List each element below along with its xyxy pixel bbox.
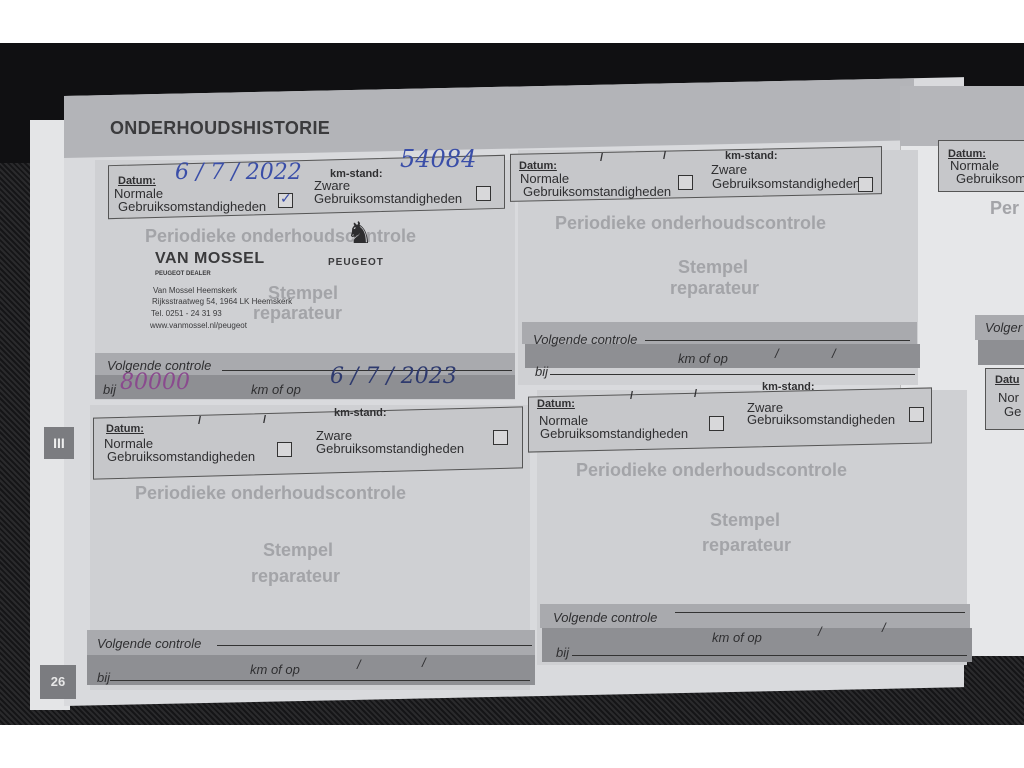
entry-4-slash-2: / xyxy=(694,388,697,400)
entry-2-ghost-stamp-2: reparateur xyxy=(670,278,759,299)
entry-3-slash-2: / xyxy=(263,414,266,426)
next-datum2: Datu xyxy=(995,374,1019,386)
entry-4-slash-1: / xyxy=(630,390,633,402)
next-normale2: Nor xyxy=(998,390,1019,405)
entry-3-datum-label: Datum: xyxy=(106,423,144,435)
entry-1-km-value[interactable]: 54084 xyxy=(400,145,476,173)
entry-1-km-of-op-label: km of op xyxy=(251,382,301,397)
entry-4-op-slash-2: / xyxy=(882,620,886,635)
entry-2-op-slash-2: / xyxy=(832,346,836,361)
dealer-line3: Tel. 0251 - 24 31 93 xyxy=(151,309,222,318)
entry-4-gebruik-label: Gebruiksomstandigheden xyxy=(540,426,688,441)
dealer-sub: PEUGEOT DEALER xyxy=(155,271,211,277)
entry-2-bij-label: bij xyxy=(535,364,548,379)
entry-3-gebruik-label: Gebruiksomstandigheden xyxy=(107,449,255,464)
entry-2-zware-checkbox[interactable] xyxy=(858,177,873,192)
entry-4-bij-line xyxy=(572,655,967,656)
entry-3-ghost-stamp-1: Stempel xyxy=(263,540,333,561)
entry-4-normale-checkbox[interactable] xyxy=(709,416,724,431)
entry-4-volgende-line xyxy=(675,612,965,613)
entry-1-op-value[interactable]: 6 / 7 / 2023 xyxy=(330,364,457,389)
entry-4-zware-checkbox[interactable] xyxy=(909,407,924,422)
entry-2-normale-checkbox[interactable] xyxy=(678,175,693,190)
next-volgende: Volger xyxy=(985,320,1022,335)
entry-1-bij-label: bij xyxy=(103,382,116,397)
entry-1-datum-value[interactable]: 6 / 7 / 2022 xyxy=(175,160,302,185)
next-gebruik-label: Gebruiksom xyxy=(956,171,1024,186)
entry-4-volgende-label: Volgende controle xyxy=(553,610,657,625)
entry-2-slash-1: / xyxy=(600,152,603,164)
entry-4-km-label: km-stand: xyxy=(762,381,815,393)
dealer-brand: PEUGEOT xyxy=(328,257,384,268)
next-ge: Ge xyxy=(1004,404,1021,419)
entry-3-volgende-label: Volgende controle xyxy=(97,636,201,651)
entry-1-normale-checkbox[interactable]: ✓ xyxy=(278,193,293,208)
next-page-band xyxy=(900,86,1024,146)
entry-3-ghost-title: Periodieke onderhoudscontrole xyxy=(135,483,406,504)
entry-4-op-slash-1: / xyxy=(818,624,822,639)
entry-2-ghost-title: Periodieke onderhoudscontrole xyxy=(555,213,826,234)
entry-3-slash-1: / xyxy=(198,415,201,427)
entry-1-bij-value[interactable]: 80000 xyxy=(120,370,190,395)
entry-4-datum-label: Datum: xyxy=(537,398,575,410)
next-ghost-text: Per xyxy=(990,198,1019,219)
entry-2-bij-line xyxy=(550,374,915,375)
entry-1-zware-gebruik-label: Gebruiksomstandigheden xyxy=(314,191,462,206)
dealer-website: www.vanmossel.nl/peugeot xyxy=(150,321,247,330)
entry-3-op-slash-2: / xyxy=(422,655,426,670)
entry-2-ghost-stamp-1: Stempel xyxy=(678,257,748,278)
page-title: ONDERHOUDSHISTORIE xyxy=(110,118,330,139)
entry-1-zware-checkbox[interactable] xyxy=(476,186,491,201)
page-number: 26 xyxy=(40,665,76,699)
entry-3-km-label: km-stand: xyxy=(334,407,387,419)
entry-3-ghost-stamp-2: reparateur xyxy=(251,566,340,587)
entry-2-km-of-op-label: km of op xyxy=(678,351,728,366)
entry-4-km-of-op-label: km of op xyxy=(712,630,762,645)
entry-2-volgende-label: Volgende controle xyxy=(533,332,637,347)
peugeot-lion-icon: ♞ xyxy=(346,216,373,251)
entry-4-zware-gebruik-label: Gebruiksomstandigheden xyxy=(747,412,895,427)
entry-3-km-of-op-label: km of op xyxy=(250,662,300,677)
entry-3-bij-label: bij xyxy=(97,670,110,685)
entry-3-zware-gebruik-label: Gebruiksomstandigheden xyxy=(316,441,464,456)
entry-1-gebruik-label: Gebruiksomstandigheden xyxy=(118,199,266,214)
dealer-line2: Rijksstraatweg 54, 1964 LK Heemskerk xyxy=(152,297,292,306)
entry-3-volgende-line xyxy=(217,645,532,646)
entry-2-zware-gebruik-label: Gebruiksomstandigheden xyxy=(712,176,860,191)
entry-4-ghost-title: Periodieke onderhoudscontrole xyxy=(576,460,847,481)
next-foot2 xyxy=(978,340,1024,365)
entry-2-slash-2: / xyxy=(663,150,666,162)
entry-1-ghost-stamp-2: reparateur xyxy=(253,303,342,324)
entry-1-ghost-title: Periodieke onderhoudscontrole xyxy=(145,226,416,247)
entry-3-zware-checkbox[interactable] xyxy=(493,430,508,445)
section-tab: III xyxy=(44,427,74,459)
entry-2-gebruik-label: Gebruiksomstandigheden xyxy=(523,184,671,199)
entry-4-bij-label: bij xyxy=(556,645,569,660)
dealer-name: VAN MOSSEL xyxy=(155,250,265,268)
entry-3-normale-checkbox[interactable] xyxy=(277,442,292,457)
entry-2-volgende-line xyxy=(645,340,910,341)
entry-3-op-slash-1: / xyxy=(357,657,361,672)
dealer-line1: Van Mossel Heemskerk xyxy=(153,286,237,295)
entry-2-zware-label: Zware xyxy=(711,162,747,177)
entry-2-km-label: km-stand: xyxy=(725,150,778,162)
entry-4-ghost-stamp-2: reparateur xyxy=(702,535,791,556)
entry-3-bij-line xyxy=(110,680,530,681)
entry-2-op-slash-1: / xyxy=(775,346,779,361)
entry-4-ghost-stamp-1: Stempel xyxy=(710,510,780,531)
